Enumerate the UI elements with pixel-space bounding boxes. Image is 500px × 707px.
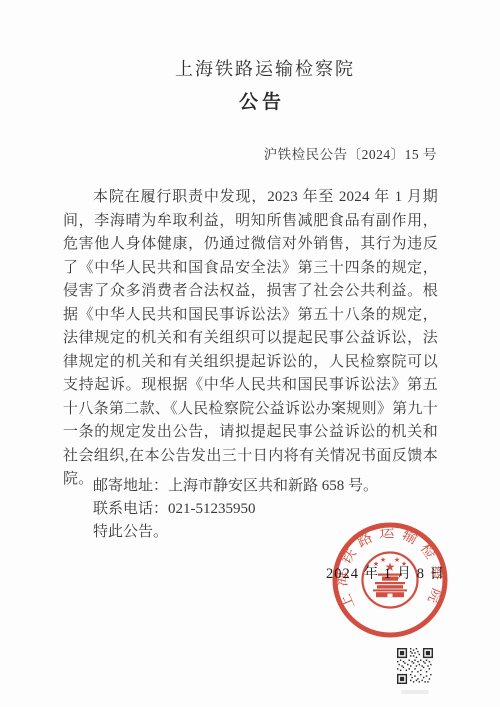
announcement-title: 公告 [12,87,500,114]
document-number: 沪铁检民公告〔2024〕15 号 [264,143,437,163]
mailing-address-line: 邮寄地址：上海市静安区共和新路 658 号。 [63,475,438,498]
qr-code [397,648,433,684]
phone-line: 联系电话：021-51235950 [63,498,438,521]
svg-text:★: ★ [401,560,407,568]
svg-text:★: ★ [373,560,379,568]
svg-text:★: ★ [394,556,400,564]
org-name: 上海铁路运输检察院 [15,55,500,81]
announcement-document: 上海铁路运输检察院 公告 沪铁检民公告〔2024〕15 号 本院在履行职责中发现… [0,0,500,707]
official-seal: 上海铁路运输检察院 ★ ★ ★ ★ ★ [330,520,450,640]
national-emblem-icon: ★ ★ ★ ★ ★ [363,553,418,608]
scan-smudge [401,690,429,694]
announcement-body: 本院在履行职责中发现，2023 年至 2024 年 1 月期间，李海晴为牟取利益… [63,186,438,492]
svg-text:★: ★ [380,556,386,564]
